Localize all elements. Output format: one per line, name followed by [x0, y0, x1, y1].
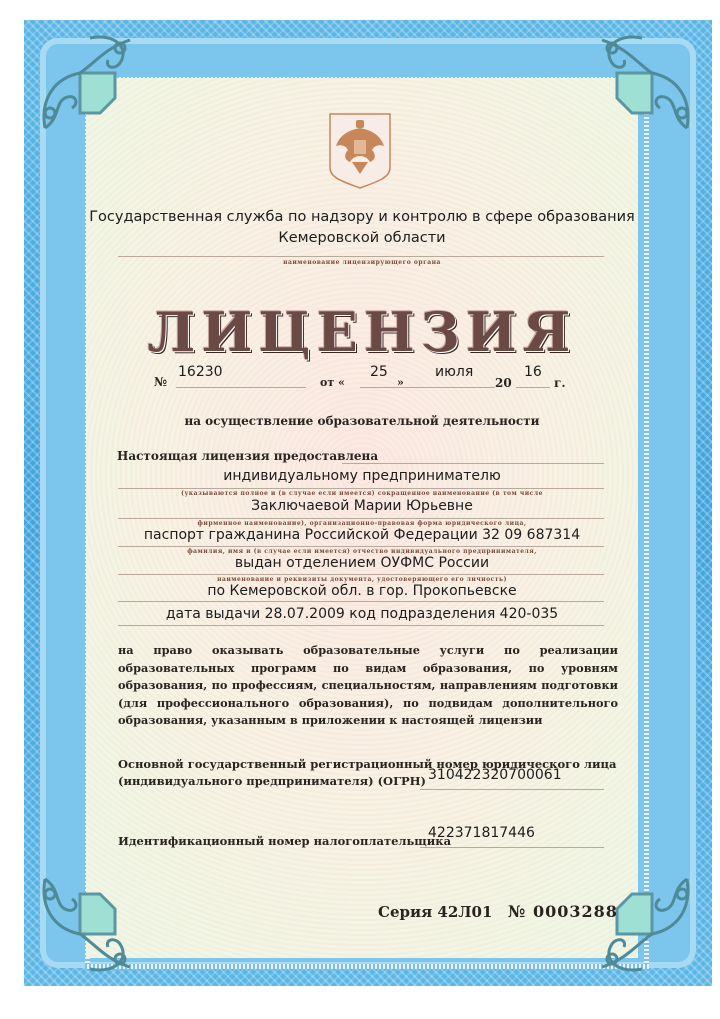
- page-title: ЛИЦЕНЗИЯ: [86, 300, 638, 364]
- serial-number: № 0003288: [508, 902, 618, 921]
- divider: [360, 387, 495, 388]
- divider: [118, 488, 604, 489]
- inn-label: Идентификационный номер налогоплательщик…: [118, 834, 451, 848]
- date-from-label: от «: [320, 376, 345, 389]
- ornamental-corner-icon: [592, 18, 712, 138]
- licensing-authority: Государственная служба по надзору и конт…: [86, 207, 638, 249]
- divider: [516, 387, 550, 388]
- divider: [118, 601, 604, 602]
- authority-caption: наименование лицензирующего органа: [86, 259, 638, 266]
- passport-details: паспорт гражданина Российской Федерации …: [86, 527, 638, 543]
- date-year-unit: г.: [554, 376, 566, 390]
- license-number: 16230: [178, 364, 223, 380]
- divider: [420, 789, 604, 790]
- caption-id-document: наименование и реквизиты документа, удос…: [86, 576, 638, 583]
- divider: [420, 847, 604, 848]
- issue-date-line: дата выдачи 28.07.2009 код подразделения…: [86, 606, 638, 622]
- authority-line-2: Кемеровской области: [86, 228, 638, 249]
- date-year-prefix: 20: [495, 376, 512, 390]
- license-purpose: на осуществление образовательной деятель…: [86, 414, 638, 428]
- grantee-type: индивидуальному предпринимателю: [86, 468, 638, 484]
- granted-label: Настоящая лицензия предоставлена: [117, 449, 378, 463]
- ogrn-label-line-2: (индивидуального предпринимателя) (ОГРН): [118, 774, 426, 788]
- divider: [176, 387, 306, 388]
- caption-full-name: (указываются полное и (в случае если име…: [86, 490, 638, 497]
- number-label: №: [154, 375, 167, 389]
- authority-line-1: Государственная служба по надзору и конт…: [86, 207, 638, 228]
- divider: [118, 518, 604, 519]
- date-month: июля: [435, 364, 473, 380]
- ornamental-corner-icon: [20, 18, 140, 138]
- caption-firm-name: фирменное наименование), организационно-…: [86, 520, 638, 527]
- issued-by: выдан отделением ОУФМС России: [86, 555, 638, 571]
- date-year-suffix: 16: [524, 364, 542, 380]
- caption-person-name: фамилия, имя и (в случае если имеется) о…: [86, 548, 638, 555]
- divider: [118, 546, 604, 547]
- russian-coat-of-arms-icon: [326, 110, 394, 190]
- series-label: Серия 42Л01: [378, 903, 492, 921]
- grantee-name: Заключаевой Марии Юрьевне: [86, 498, 638, 514]
- divider: [342, 463, 604, 464]
- date-day: 25: [370, 364, 388, 380]
- divider: [118, 625, 604, 626]
- rights-paragraph: на право оказывать образовательные услуг…: [118, 642, 618, 730]
- ornamental-corner-icon: [20, 869, 140, 989]
- divider: [118, 574, 604, 575]
- ogrn-value: 310422320700061: [428, 767, 562, 783]
- issued-location: по Кемеровской обл. в гор. Прокопьевске: [86, 583, 638, 599]
- inn-value: 422371817446: [428, 825, 535, 841]
- divider: [118, 256, 604, 257]
- ornamental-corner-icon: [592, 869, 712, 989]
